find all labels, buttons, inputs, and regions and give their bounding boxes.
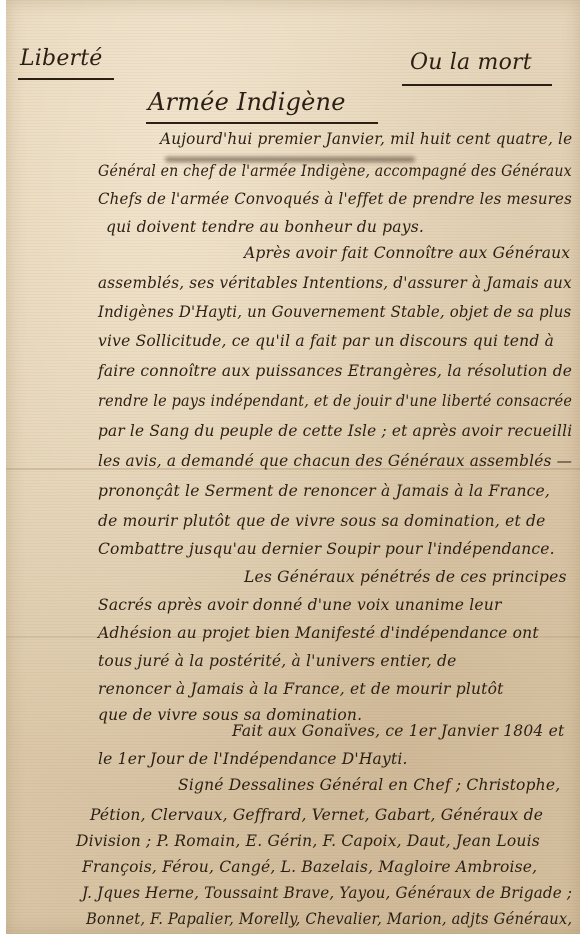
text-line: faire connoître aux puissances Etrangère… — [98, 362, 572, 380]
signatures-line: François, Férou, Cangé, L. Bazelais, Mag… — [82, 858, 537, 876]
text-line: tous juré à la postérité, à l'univers en… — [98, 652, 457, 670]
signatures-line: Signé Dessalines Général en Chef ; Chris… — [178, 776, 560, 794]
text-line: par le Sang du peuple de cette Isle ; et… — [98, 422, 572, 440]
text-line: Indigènes D'Hayti, un Gouvernement Stabl… — [98, 303, 571, 321]
text-line: renoncer à Jamais à la France, et de mou… — [98, 680, 504, 698]
motto-ou-la-mort: Ou la mort — [410, 50, 532, 75]
text-line: les avis, a demandé que chacun des Génér… — [98, 452, 572, 470]
text-line: qui doivent tendre au bonheur du pays. — [106, 218, 424, 236]
text-line: de mourir plutôt que de vivre sous sa do… — [98, 512, 546, 530]
motto-liberte-underline — [18, 78, 114, 80]
signatures-line: Division ; P. Romain, E. Gérin, F. Capoi… — [76, 832, 540, 850]
motto-ou-la-mort-underline — [402, 84, 552, 86]
text-line: rendre le pays indépendant, et de jouir … — [98, 392, 572, 410]
signatures-line: Bonnet, F. Papalier, Morelly, Chevalier,… — [86, 910, 572, 928]
text-line: assemblés, ses véritables Intentions, d'… — [98, 274, 572, 292]
text-line: Sacrés après avoir donné d'une voix unan… — [98, 596, 502, 614]
date-line: le 1er Jour de l'Indépendance D'Hayti. — [98, 750, 408, 768]
title-underline — [146, 122, 378, 124]
text-line: Les Généraux pénétrés de ces principes — [244, 568, 567, 586]
text-line: Après avoir fait Connoître aux Généraux — [244, 244, 570, 262]
date-line: Fait aux Gonaïves, ce 1er Janvier 1804 e… — [232, 722, 564, 740]
text-line: Combattre jusqu'au dernier Soupir pour l… — [98, 540, 555, 558]
text-line: Général en chef de l'armée Indigène, acc… — [98, 162, 572, 180]
motto-liberte: Liberté — [20, 46, 103, 71]
document-title: Armée Indigène — [148, 88, 346, 116]
text-line: Aujourd'hui premier Janvier, mil huit ce… — [160, 130, 572, 148]
text-line: vive Sollicitude, ce qu'il a fait par un… — [98, 332, 554, 350]
signatures-line: Pétion, Clervaux, Geffrard, Vernet, Gaba… — [90, 806, 543, 824]
text-line: Chefs de l'armée Convoqués à l'effet de … — [98, 190, 572, 208]
signatures-line: J. Jques Herne, Toussaint Brave, Yayou, … — [82, 884, 572, 902]
text-line: Adhésion au projet bien Manifesté d'indé… — [98, 624, 539, 642]
text-line: prononçât le Serment de renoncer à Jamai… — [98, 482, 550, 500]
